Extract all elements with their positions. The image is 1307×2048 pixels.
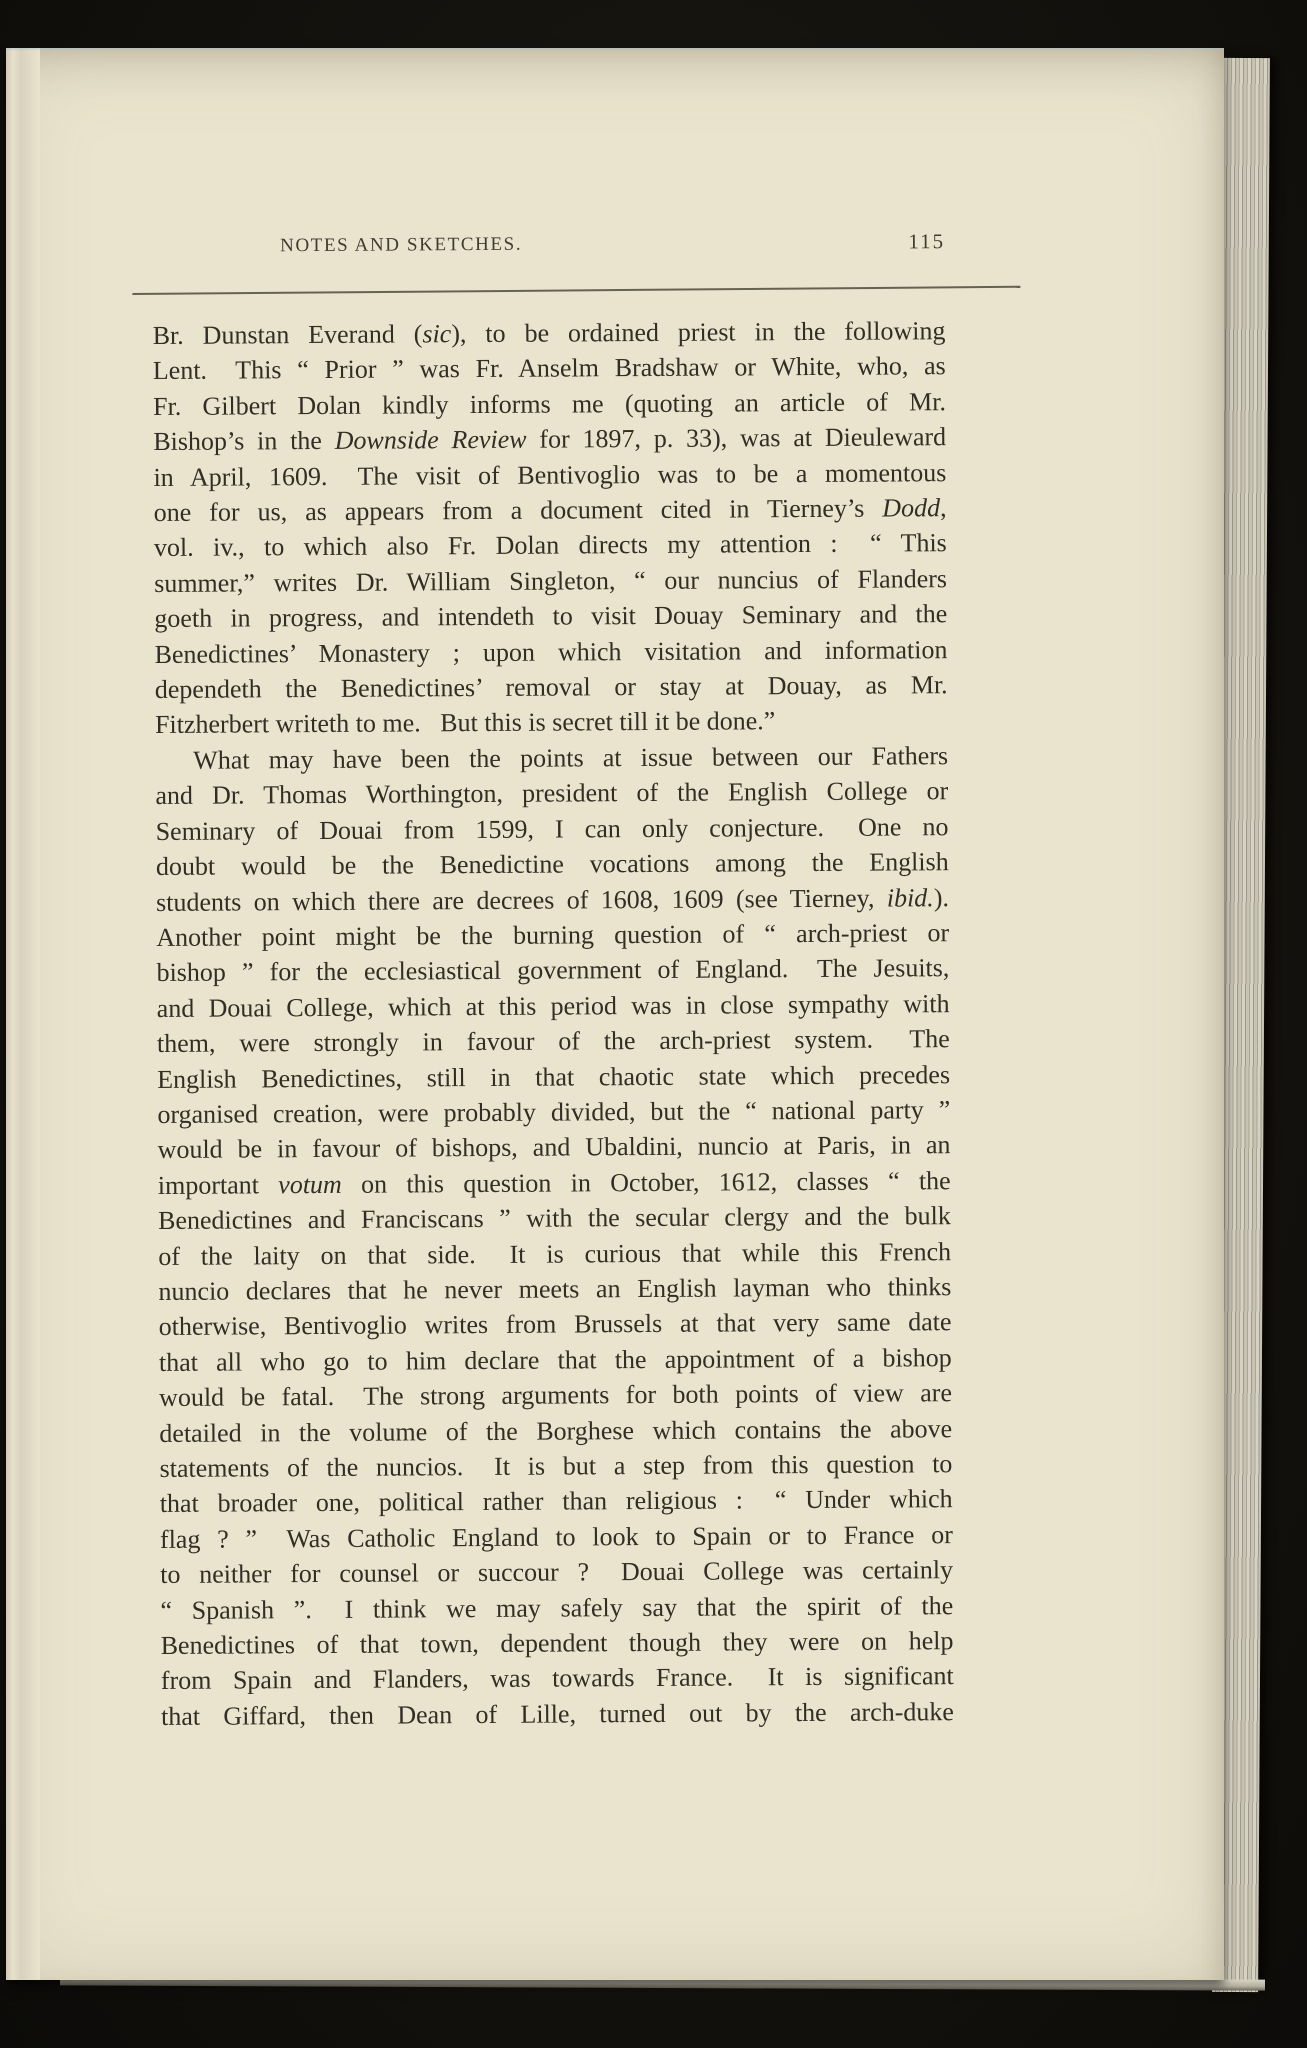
text-line: in April, 1609. The visit of Bentivoglio… <box>153 455 946 495</box>
text-segment: students on which there are decrees of 1… <box>156 883 887 916</box>
text-line: summer,” writes Dr. William Singleton, “… <box>154 561 947 601</box>
text-segment: of the laity on that side. It is curious… <box>158 1237 951 1271</box>
text-segment: Fitzherbert writeth to me. But this is s… <box>155 707 775 740</box>
text-line: Fitzherbert writeth to me. But this is s… <box>155 703 948 743</box>
text-segment: doubt would be the Benedictine vocations… <box>156 847 949 881</box>
text-line: otherwise, Bentivoglio writes from Bruss… <box>159 1305 952 1345</box>
text-line: dependeth the Benedictines’ removal or s… <box>155 667 948 707</box>
text-segment: Benedictines and Franciscans ” with the … <box>158 1201 951 1235</box>
printed-content: NOTES AND SKETCHES. 115 Br. Dunstan Ever… <box>152 225 955 1850</box>
text-line: goeth in progress, and intendeth to visi… <box>154 596 947 636</box>
text-segment: Br. Dunstan Everand ( <box>153 319 423 350</box>
text-line: of the laity on that side. It is curious… <box>158 1234 951 1274</box>
text-line: nuncio declares that he never meets an E… <box>158 1269 951 1309</box>
text-segment: that broader one, political rather than … <box>160 1485 953 1519</box>
text-segment: important <box>158 1170 279 1200</box>
page-body-text: Br. Dunstan Everand (sic), to be ordaine… <box>153 313 955 1734</box>
book-photo-background: NOTES AND SKETCHES. 115 Br. Dunstan Ever… <box>0 0 1307 2048</box>
text-segment: nuncio declares that he never meets an E… <box>158 1272 951 1306</box>
text-segment: detailed in the volume of the Borghese w… <box>159 1414 952 1448</box>
text-segment: summer,” writes Dr. William Singleton, “… <box>154 564 947 598</box>
text-line: that Giffard, then Dean of Lille, turned… <box>161 1694 954 1734</box>
text-segment: ), to be ordained priest in the followin… <box>451 316 945 348</box>
text-segment: that all who go to him declare that the … <box>159 1343 952 1377</box>
italic-text: sic <box>422 319 451 348</box>
text-segment: “ Spanish ”. I think we may safely say t… <box>160 1591 953 1625</box>
text-segment: and Dr. Thomas Worthington, president of… <box>155 776 948 810</box>
text-line: important votum on this question in Octo… <box>158 1163 951 1203</box>
text-segment: , <box>940 493 947 522</box>
text-segment: English Benedictines, still in that chao… <box>157 1060 950 1094</box>
italic-text: Dodd <box>882 493 940 522</box>
text-line: from Spain and Flanders, was towards Fra… <box>161 1659 954 1699</box>
running-head: NOTES AND SKETCHES. 115 <box>152 225 945 264</box>
text-line: them, were strongly in favour of the arc… <box>157 1021 950 1061</box>
text-line: What may have been the points at issue b… <box>155 738 948 778</box>
text-segment: What may have been the points at issue b… <box>193 741 948 775</box>
gutter-fold-shadow <box>6 48 40 1980</box>
text-segment: ). <box>934 883 949 912</box>
page-top-edge-highlight <box>6 48 1224 51</box>
text-line: detailed in the volume of the Borghese w… <box>159 1411 952 1451</box>
text-line: Fr. Gilbert Dolan kindly informs me (quo… <box>153 384 946 424</box>
italic-text: ibid. <box>887 883 934 912</box>
text-segment: Benedictines of that town, dependent tho… <box>161 1626 954 1660</box>
text-segment: in April, 1609. The visit of Bentivoglio… <box>153 458 946 492</box>
text-segment: bishop ” for the ecclesiastical governme… <box>156 953 949 987</box>
text-segment: statements of the nuncios. It is but a s… <box>159 1449 952 1483</box>
text-line: and Dr. Thomas Worthington, president of… <box>155 773 948 813</box>
text-line: would be in favour of bishops, and Ubald… <box>158 1127 951 1167</box>
text-segment: to neither for counsel or succour ? Doua… <box>160 1555 953 1589</box>
text-segment: Fr. Gilbert Dolan kindly informs me (quo… <box>153 387 946 421</box>
text-line: to neither for counsel or succour ? Doua… <box>160 1552 953 1592</box>
italic-text: votum <box>278 1170 342 1199</box>
text-line: would be fatal. The strong arguments for… <box>159 1375 952 1415</box>
text-line: vol. iv., to which also Fr. Dolan direct… <box>154 526 947 566</box>
text-segment: and Douai College, which at this period … <box>157 989 950 1023</box>
text-line: doubt would be the Benedictine vocations… <box>156 844 949 884</box>
text-segment: Another point might be the burning quest… <box>156 918 949 952</box>
text-line: students on which there are decrees of 1… <box>156 880 949 920</box>
text-line: that broader one, political rather than … <box>160 1482 953 1522</box>
text-segment: flag ? ” Was Catholic England to look to… <box>160 1520 953 1554</box>
text-segment: that Giffard, then Dean of Lille, turned… <box>161 1697 954 1731</box>
text-segment: Benedictines’ Monastery ; upon which vis… <box>155 635 948 669</box>
page-number: 115 <box>908 229 945 254</box>
text-line: flag ? ” Was Catholic England to look to… <box>160 1517 953 1557</box>
text-segment: from Spain and Flanders, was towards Fra… <box>161 1662 954 1696</box>
text-line: Bishop’s in the Downside Review for 1897… <box>153 419 946 459</box>
text-segment: on this question in October, 1612, class… <box>342 1166 951 1199</box>
text-segment: would be fatal. The strong arguments for… <box>159 1378 952 1412</box>
text-line: Seminary of Douai from 1599, I can only … <box>156 809 949 849</box>
text-line: Another point might be the burning quest… <box>156 915 949 955</box>
text-segment: them, were strongly in favour of the arc… <box>157 1024 950 1058</box>
text-line: Br. Dunstan Everand (sic), to be ordaine… <box>153 313 946 353</box>
text-line: bishop ” for the ecclesiastical governme… <box>156 950 949 990</box>
text-line: one for us, as appears from a document c… <box>154 490 947 530</box>
header-rule <box>132 286 1020 295</box>
italic-text: Downside Review <box>335 425 527 455</box>
text-segment: dependeth the Benedictines’ removal or s… <box>155 670 948 704</box>
text-line: statements of the nuncios. It is but a s… <box>159 1446 952 1486</box>
text-segment: one for us, as appears from a document c… <box>154 494 883 527</box>
text-line: and Douai College, which at this period … <box>157 986 950 1026</box>
text-line: English Benedictines, still in that chao… <box>157 1057 950 1097</box>
text-line: “ Spanish ”. I think we may safely say t… <box>160 1588 953 1628</box>
text-line: that all who go to him declare that the … <box>159 1340 952 1380</box>
text-segment: otherwise, Bentivoglio writes from Bruss… <box>159 1308 952 1342</box>
text-line: Benedictines and Franciscans ” with the … <box>158 1198 951 1238</box>
text-segment: organised creation, were probably divide… <box>157 1095 950 1129</box>
text-line: Benedictines’ Monastery ; upon which vis… <box>154 632 947 672</box>
text-segment: Seminary of Douai from 1599, I can only … <box>156 812 949 846</box>
text-segment: Bishop’s in the <box>153 426 335 456</box>
text-segment: goeth in progress, and intendeth to visi… <box>154 599 947 633</box>
text-line: organised creation, were probably divide… <box>157 1092 950 1132</box>
running-head-title: NOTES AND SKETCHES. <box>280 234 522 257</box>
text-segment: for 1897, p. 33), was at Dieuleward <box>526 422 946 454</box>
text-segment: Lent. This “ Prior ” was Fr. Anselm Brad… <box>153 352 946 386</box>
text-segment: would be in favour of bishops, and Ubald… <box>158 1130 951 1164</box>
text-segment: vol. iv., to which also Fr. Dolan direct… <box>154 529 947 563</box>
text-line: Lent. This “ Prior ” was Fr. Anselm Brad… <box>153 349 946 389</box>
book-page: NOTES AND SKETCHES. 115 Br. Dunstan Ever… <box>6 48 1224 1980</box>
text-line: Benedictines of that town, dependent tho… <box>161 1623 954 1663</box>
